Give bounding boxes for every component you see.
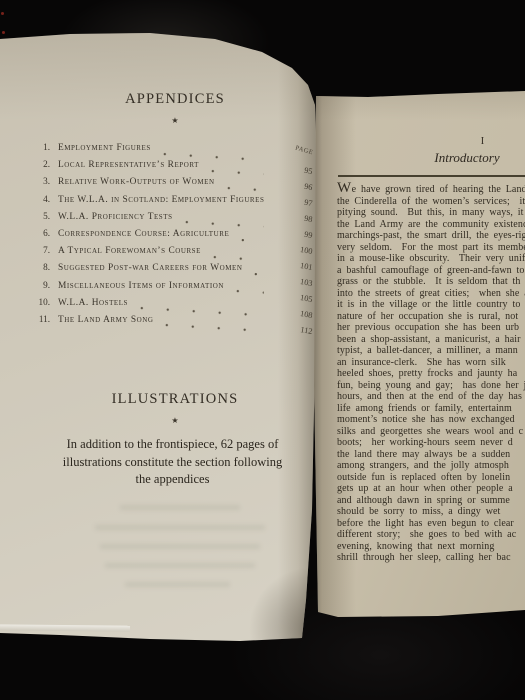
body-line: should be sorry to miss, a dingy wet (337, 506, 525, 518)
body-line: fun, being young and gay; has done her j… (337, 380, 525, 392)
chapter-rule (338, 175, 525, 177)
dot-leader (241, 238, 264, 243)
body-line: life among friends or family, entertainm (337, 403, 525, 415)
toc-number: 11. (24, 314, 50, 324)
body-line: shrill through her sleep, calling her ba… (337, 552, 525, 564)
toc-label: A Typical Forewoman’s Course (58, 246, 201, 256)
toc-label: Employment Figures (58, 143, 151, 153)
toc-number: 6. (24, 228, 50, 238)
toc-row: 8. Suggested Post-war Careers for Women (0, 262, 318, 279)
toc-row: 1. Employment Figures (0, 142, 318, 159)
body-line: outside fun is replaced often by lonelin (337, 472, 525, 484)
page-fore-edge (0, 624, 130, 631)
chapter-title: Introductory (392, 150, 525, 166)
illustrations-note-line: the appendices (25, 471, 320, 489)
toc-label: W.L.A. Proficiency Tests (58, 212, 173, 222)
body-line: silks and georgettes she wears wool and … (337, 426, 525, 438)
toc-label: Local Representative’s Report (58, 160, 199, 170)
toc-label: W.L.A. Hostels (58, 298, 128, 308)
ink-bleedthrough (100, 544, 260, 549)
body-line: gets up at an hour when other people a (337, 483, 525, 495)
dot-leader (226, 186, 264, 192)
dot-leader (165, 323, 264, 333)
star-icon: ★ (20, 116, 330, 125)
body-line: nature of her occupation she is rural, n… (337, 311, 525, 323)
toc-row: 3. Relative Work-Outputs of Women (0, 176, 318, 193)
toc-label: The W.L.A. in Scotland: Employment Figur… (58, 195, 264, 205)
ink-bleedthrough (120, 505, 240, 510)
illustrations-note: In addition to the frontispiece, 62 page… (25, 436, 320, 489)
illustrations-note-line: illustrations constitute the section fol… (25, 454, 320, 472)
toc-page-number: 112 (298, 322, 313, 340)
illustrations-note-line: In addition to the frontispiece, 62 page… (25, 436, 320, 454)
toc-label: Correspondence Course: Agriculture (58, 229, 229, 239)
body-line: marchings-past, the smart drill, the eye… (337, 230, 525, 242)
toc-number: 5. (24, 211, 50, 221)
toc-row: 4. The W.L.A. in Scotland: Employment Fi… (0, 194, 318, 211)
toc-label: Miscellaneous Items of Information (58, 281, 224, 291)
body-line: We have grown tired of hearing the Land (337, 183, 525, 196)
body-line: been a shop-assistant, a manicurist, a h… (337, 334, 525, 346)
body-line: grass or the stubble. It is seldom that … (337, 276, 525, 288)
toc-row: 6. Correspondence Course: Agriculture (0, 228, 318, 245)
toc-row: 5. W.L.A. Proficiency Tests (0, 211, 318, 228)
body-line: moment’s notice she has now exchanged (337, 414, 525, 426)
chapter-number: I (408, 135, 525, 147)
body-line: very seldom. For the most part its membe… (337, 242, 525, 254)
illustrations-heading: ILLUSTRATIONS (20, 391, 330, 408)
toc-label: Suggested Post-war Careers for Women (58, 263, 242, 273)
body-line: heeled shoes, pretty frocks and jaunty h… (337, 368, 525, 380)
book-photo: APPENDICES ★ PAGE 1. Employment Figures … (0, 0, 525, 700)
dot-leader (211, 169, 264, 176)
body-line: among strangers, and the jolly atmosph (337, 460, 525, 472)
ink-bleedthrough (95, 525, 265, 530)
toc-row: 9. Miscellaneous Items of Information (0, 280, 318, 297)
body-line: the Land Army are the community existenc… (337, 219, 525, 231)
dot-leader (254, 272, 264, 277)
toc-row: 2. Local Representative’s Report (0, 159, 318, 176)
body-line: the land there may always be a sudden (337, 449, 525, 461)
toc-row: 11. The Land Army Song (0, 314, 318, 331)
appendices-list: 1. Employment Figures 2. Local Represent… (0, 142, 318, 331)
toc-number: 1. (24, 142, 50, 152)
toc-number: 10. (24, 297, 50, 307)
left-page: APPENDICES ★ PAGE 1. Employment Figures … (0, 30, 318, 644)
body-line: evening, knowing that next morning (337, 541, 525, 553)
toc-label: The Land Army Song (58, 315, 153, 325)
body-line: typist, a ballet-dancer, a milliner, a m… (337, 345, 525, 357)
dot-leader (213, 255, 264, 262)
dot-leader (236, 289, 264, 295)
body-line: hours, and then at the end of the day ha… (337, 391, 525, 403)
star-icon: ★ (20, 416, 330, 425)
body-line: a bashful camouflage of green-and-fawn t… (337, 265, 525, 277)
body-line: and although dawn in spring or summe (337, 495, 525, 507)
chapter-body: We have grown tired of hearing the Land … (337, 183, 525, 564)
page-number-column: 95 96 97 98 99 100 101 103 105 108 112 (300, 163, 312, 339)
body-line: in a mouse-like obscurity. Their very un… (337, 253, 525, 265)
body-line: the Cinderella of the women’s services; … (337, 196, 525, 208)
body-line: boots; her working-hours seem never d (337, 437, 525, 449)
body-line: into the streets of great cities; when s… (337, 288, 525, 300)
dust-speck (1, 12, 4, 15)
appendices-heading: APPENDICES (20, 91, 330, 108)
toc-number: 7. (24, 245, 50, 255)
body-line: pitying sound. But this, in many ways, i… (337, 207, 525, 219)
toc-number: 8. (24, 262, 50, 272)
body-line: her previous occupation she has been urb (337, 322, 525, 334)
toc-number: 9. (24, 280, 50, 290)
toc-label: Relative Work-Outputs of Women (58, 177, 215, 187)
body-line: before the light has even begun to clear (337, 518, 525, 530)
body-line: it is in the village or the little count… (337, 299, 525, 311)
toc-row: 10. W.L.A. Hostels (0, 297, 318, 314)
body-line: different story; she goes to bed with ac (337, 529, 525, 541)
toc-number: 3. (24, 176, 50, 186)
toc-number: 2. (24, 159, 50, 169)
dust-speck (2, 31, 5, 34)
ink-bleedthrough (105, 563, 255, 568)
toc-number: 4. (24, 194, 50, 204)
body-line: an insurance-clerk. She has worn silk (337, 357, 525, 369)
right-page: I Introductory We have grown tired of he… (308, 86, 525, 620)
toc-row: 7. A Typical Forewoman’s Course (0, 245, 318, 262)
ink-bleedthrough (125, 582, 230, 587)
